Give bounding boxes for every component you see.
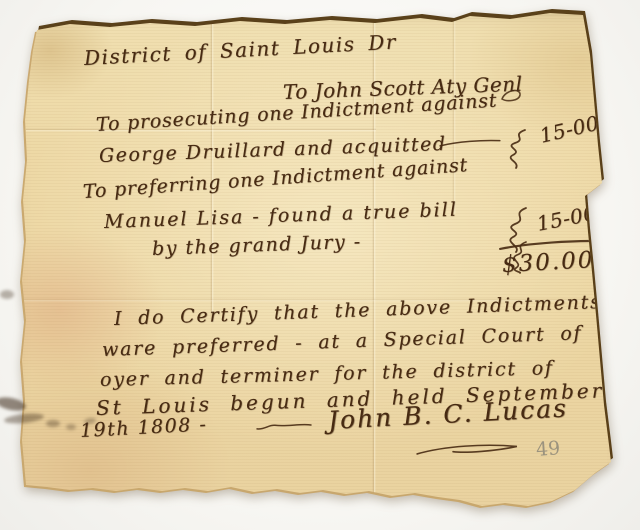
paper-surface: District of Saint Louis Dr To John Scott… [0,0,640,530]
edge-shading [0,0,640,530]
ink-smudge [66,424,76,430]
scan-background: District of Saint Louis Dr To John Scott… [0,0,640,530]
document-paper: District of Saint Louis Dr To John Scott… [0,0,640,530]
ink-smudge [46,420,60,427]
ink-smudge [0,290,14,299]
